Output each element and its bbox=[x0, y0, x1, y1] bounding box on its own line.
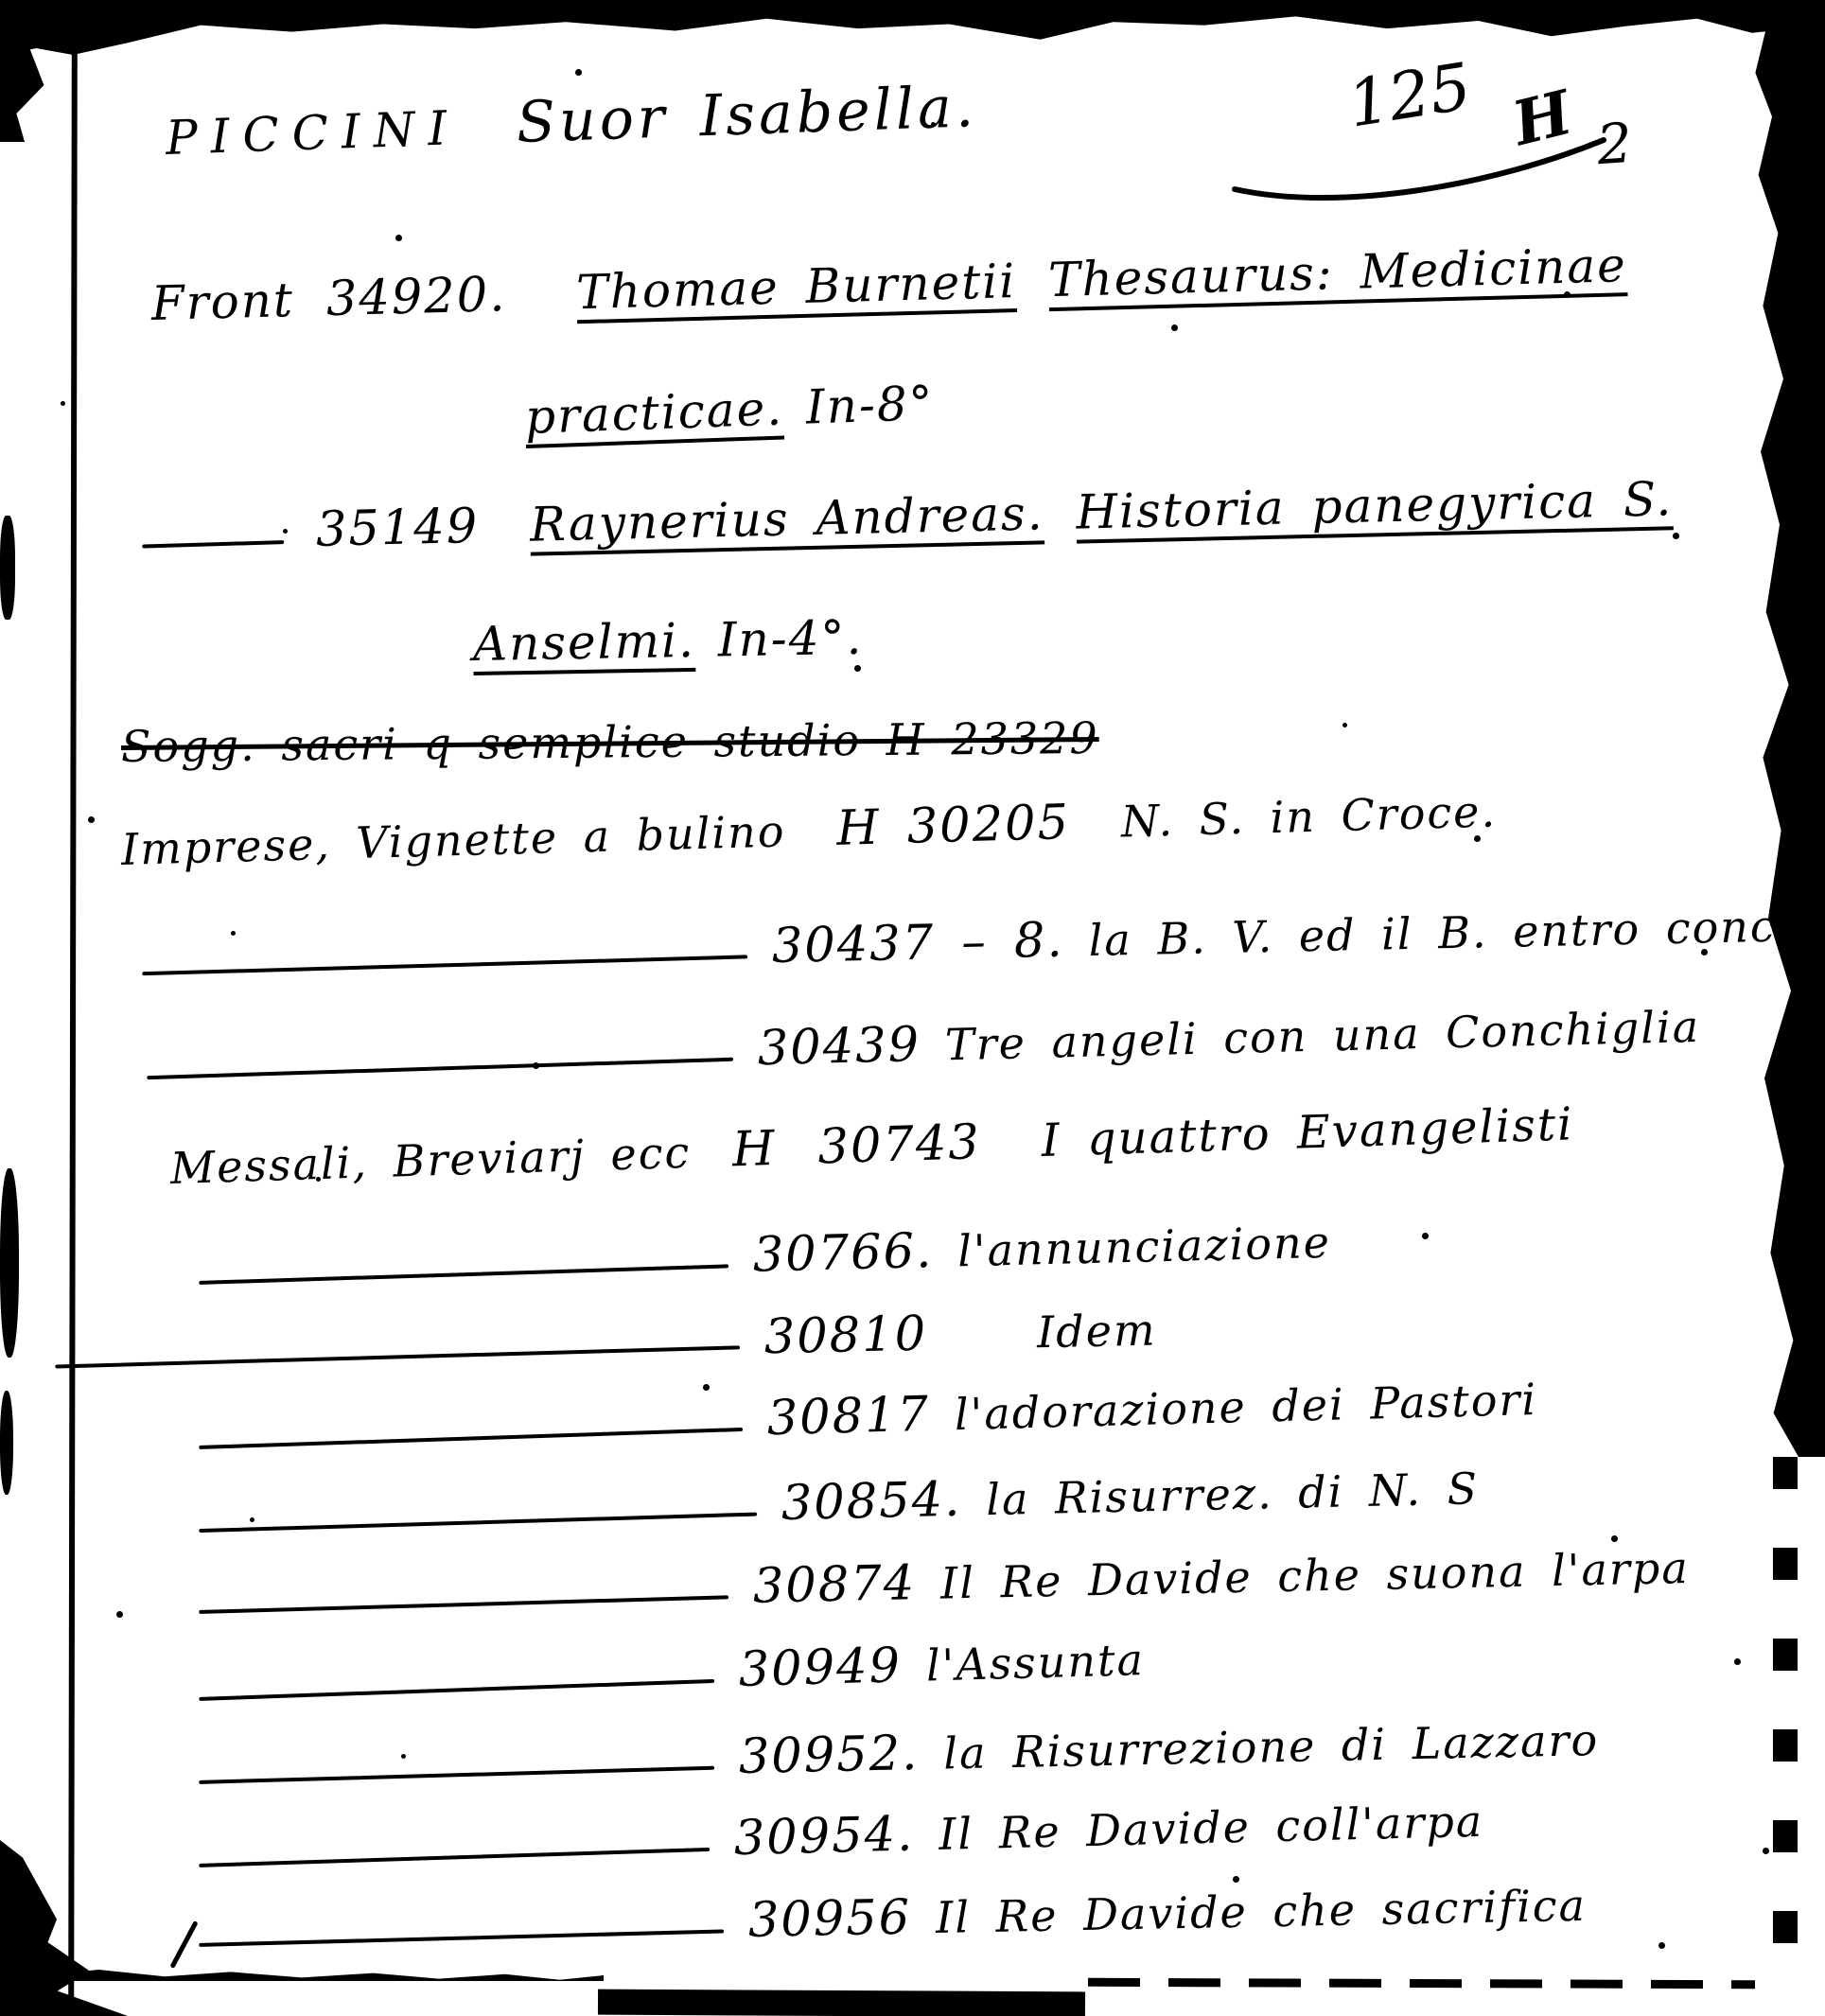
heading-surname: PICCINI bbox=[165, 100, 461, 166]
ditto-dash bbox=[199, 1929, 724, 1947]
messali-number: 30743 bbox=[817, 1114, 982, 1175]
messali-label: Messali, Breviarj ecc bbox=[169, 1127, 692, 1194]
scan-edge-bottom-bar bbox=[598, 1990, 1085, 2016]
entry-1-author: Thomae Burnetii bbox=[576, 254, 1017, 320]
ditto-dash bbox=[199, 1427, 743, 1448]
ditto-dash bbox=[199, 1595, 728, 1614]
item-number: 30854. bbox=[781, 1472, 962, 1532]
messali-item-line: 30956 Il Re Davide che sacrifica bbox=[198, 1877, 1587, 1959]
item-number: 30817 bbox=[766, 1387, 931, 1446]
imprese-description: N. S. in Croce. bbox=[1120, 785, 1497, 847]
ditto-dash bbox=[199, 1847, 710, 1867]
item-description: Il Re Davide che suona l'arpa bbox=[940, 1542, 1691, 1609]
scan-blob-left-mid2 bbox=[0, 1168, 19, 1358]
crossed-out-text: Sogg. sacri q semplice studio H 23329 bbox=[121, 712, 1099, 772]
entry-1-line-2: practicae. In-8° bbox=[524, 376, 936, 445]
item-description: la Risurrezione di Lazzaro bbox=[943, 1714, 1600, 1779]
item-description: Il Re Davide coll'arpa bbox=[939, 1796, 1484, 1860]
scan-edge-bottom-left-line bbox=[55, 1970, 604, 1981]
scan-edge-right-tail bbox=[1773, 1457, 1798, 1987]
entry-1-title: Thesaurus: Medicinae bbox=[1047, 237, 1627, 307]
item-number: 30439 bbox=[757, 1017, 921, 1077]
entry-2-number: 35149 bbox=[315, 499, 480, 558]
messali-header-line: Messali, Breviarj ecc H 30743 I quattro … bbox=[169, 1096, 1574, 1196]
imprese-inventory-mark: H bbox=[836, 800, 882, 857]
ditto-dash bbox=[55, 1345, 740, 1368]
entry-2-author: Raynerius Andreas. bbox=[529, 485, 1044, 552]
entry-2-title-continuation: Anselmi. bbox=[472, 613, 695, 672]
messali-item-line: 30952. la Risurrezione di Lazzaro bbox=[198, 1711, 1599, 1797]
crossed-out-line: Sogg. sacri q semplice studio H 23329 bbox=[121, 712, 1099, 772]
ditto-dash bbox=[147, 1057, 733, 1078]
scan-blob-left-mid1 bbox=[0, 516, 15, 620]
imprese-item-line: 30437 – 8. la B. V. ed il B. entro conch… bbox=[141, 895, 1825, 988]
stray-ink-stroke bbox=[169, 1920, 198, 1969]
item-description: l'Assunta bbox=[925, 1634, 1145, 1691]
entry-2-format: In-4°. bbox=[717, 610, 864, 668]
item-description: l'annunciazione bbox=[957, 1217, 1332, 1277]
imprese-number: 30205 bbox=[906, 795, 1071, 855]
ditto-dash bbox=[199, 1264, 728, 1285]
scan-blob-left-mid3 bbox=[0, 1391, 13, 1495]
scan-margin-line-left bbox=[68, 40, 78, 2016]
item-description: Tre angeli con una Conchiglia bbox=[944, 1001, 1700, 1070]
item-number: 30810 bbox=[763, 1306, 927, 1366]
messali-item-line: 30949 l'Assunta bbox=[198, 1631, 1145, 1713]
entry-1-label: Front bbox=[150, 272, 294, 331]
messali-item-line: 30810 Idem bbox=[54, 1302, 1157, 1380]
entry-1-line-1: Front 34920. Thomae Burnetii Thesaurus: … bbox=[150, 237, 1627, 332]
entry-1-number: 34920. bbox=[325, 267, 507, 327]
entry-2-line-1: 35149 Raynerius Andreas. Historia panegy… bbox=[141, 471, 1674, 562]
heading-name: Suor Isabella. bbox=[516, 74, 978, 156]
item-number: 30766. bbox=[752, 1223, 934, 1284]
scan-speckles bbox=[0, 0, 3, 3]
entry-1-title-continuation: practicae. bbox=[524, 380, 784, 444]
imprese-item-line: 30439 Tre angeli con una Conchiglia bbox=[146, 998, 1700, 1092]
folio-number: 2 bbox=[1595, 111, 1635, 177]
item-number: 30952. bbox=[738, 1726, 920, 1785]
item-description: la B. V. ed il B. entro conchiglia bbox=[1088, 898, 1825, 966]
item-number: 30874 bbox=[752, 1555, 916, 1615]
messali-description: I quattro Evangelisti bbox=[1041, 1097, 1574, 1167]
messali-item-line: 30854. la Risurrez. di N. S bbox=[198, 1460, 1479, 1545]
ditto-dash bbox=[142, 955, 747, 975]
item-description: Il Re Davide che sacrifica bbox=[936, 1880, 1588, 1943]
entry-1-format: In-8° bbox=[805, 376, 936, 435]
scan-blob-bottom-left-corner bbox=[0, 1916, 128, 2016]
entry-2-line-2: Anselmi. In-4°. bbox=[472, 610, 863, 672]
imprese-label: Imprese, Vignette a bulino bbox=[120, 805, 786, 875]
scanned-page: 125 H 2 PICCINI Suor Isabella. Front 349… bbox=[0, 0, 1825, 2016]
page-heading: PICCINI Suor Isabella. bbox=[165, 74, 978, 168]
item-number: 30956 bbox=[747, 1890, 911, 1949]
item-number: 30949 bbox=[738, 1638, 903, 1698]
messali-item-line: 30874 Il Re Davide che suona l'arpa bbox=[198, 1539, 1690, 1626]
imprese-header-line: Imprese, Vignette a bulino H 30205 N. S.… bbox=[120, 782, 1498, 877]
item-number: 30437 – 8. bbox=[771, 913, 1064, 974]
messali-item-line: 30817 l'adorazione dei Pastori bbox=[198, 1371, 1538, 1462]
item-number: 30954. bbox=[733, 1807, 915, 1867]
ditto-dash bbox=[199, 1512, 757, 1533]
item-description: l'adorazione dei Pastori bbox=[954, 1374, 1537, 1440]
entry-2-title: Historia panegyrica S. bbox=[1076, 471, 1674, 539]
ditto-dash bbox=[199, 1678, 714, 1700]
item-description: Idem bbox=[1036, 1305, 1157, 1359]
messali-item-line: 30766. l'annunciazione bbox=[198, 1214, 1331, 1297]
scan-edge-bottom-right-line bbox=[1088, 1978, 1755, 1989]
ditto-dash bbox=[199, 1765, 714, 1783]
scan-edge-right bbox=[1749, 0, 1825, 1457]
ditto-dash bbox=[142, 540, 284, 548]
item-description: la Risurrez. di N. S bbox=[986, 1463, 1480, 1525]
scan-edge-top bbox=[0, 0, 1825, 55]
messali-item-line: 30954. Il Re Davide coll'arpa bbox=[198, 1793, 1484, 1880]
page-number: 125 bbox=[1343, 49, 1477, 142]
messali-inventory-mark: H bbox=[731, 1121, 777, 1178]
